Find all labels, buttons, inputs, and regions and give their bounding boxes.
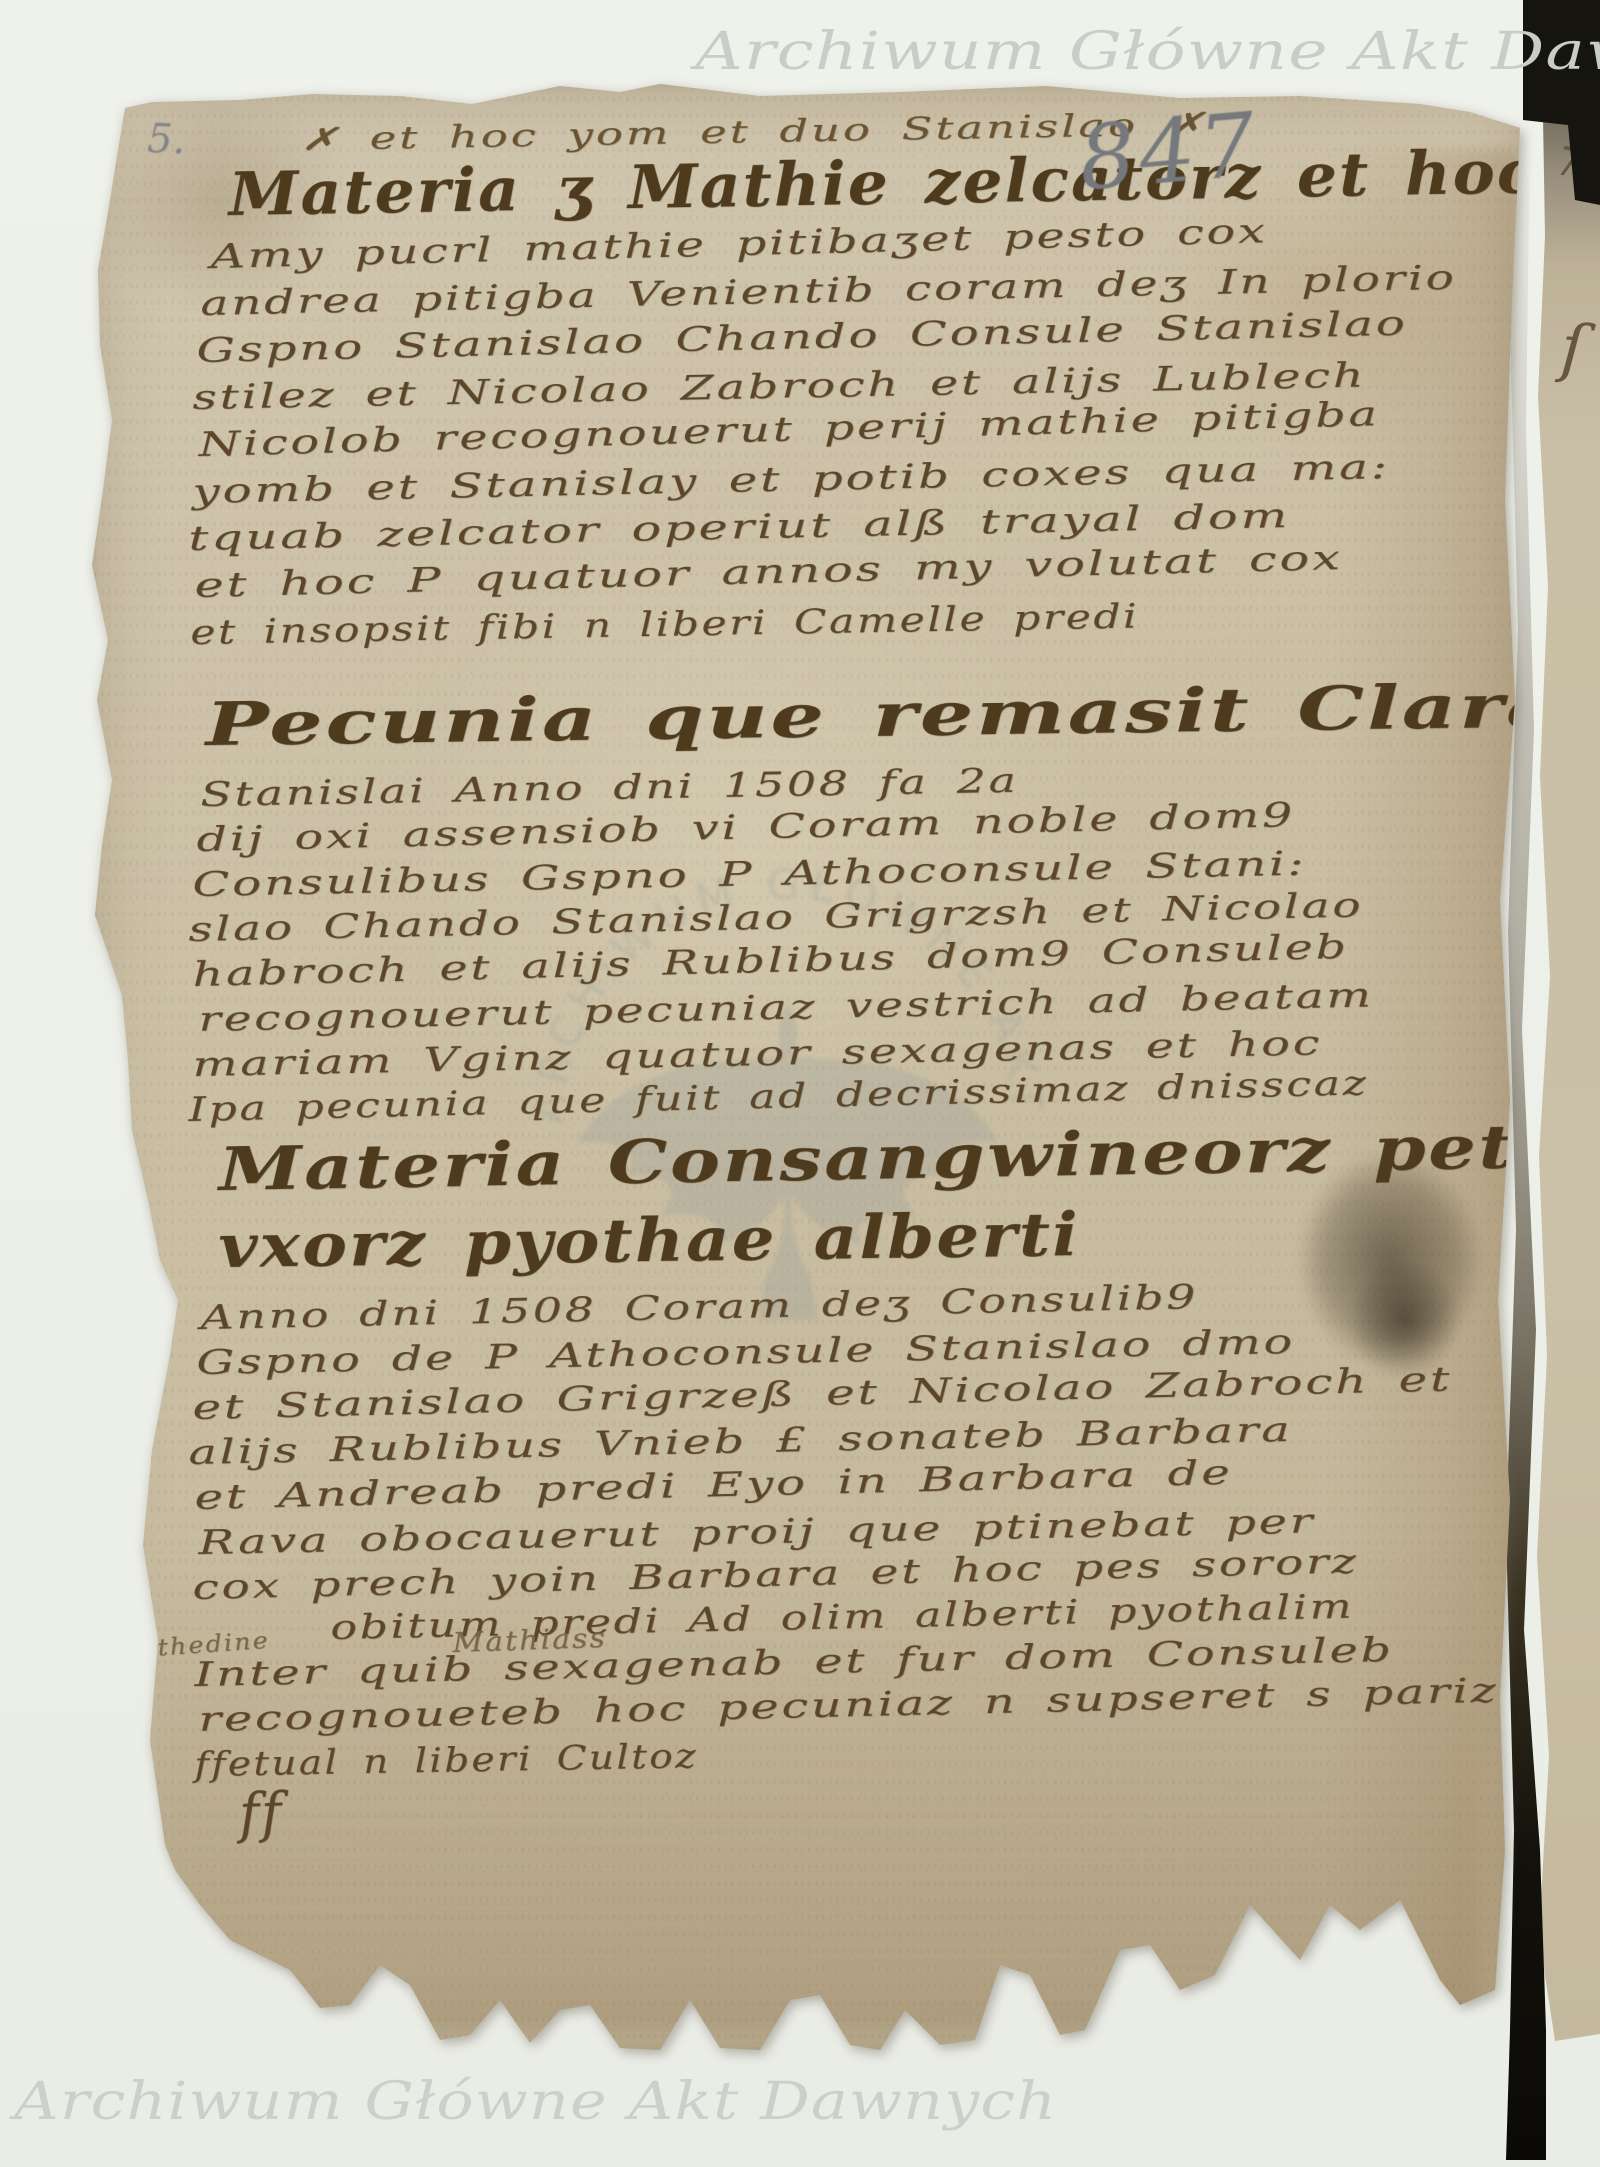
section-2-heading: Pecunia que remasit Clara [205,671,1564,760]
archive-watermark-bottom: Archiwum Główne Akt Dawnych [14,2072,1057,2132]
manuscript-page: ARCHIWUM GŁÓWNE AKT DAWNYCH ✗ et hoc yom… [88,84,1528,2052]
scan-background: Archiwum Główne Akt Dawnych ⁊ ſ [0,0,1600,2167]
manuscript-page-wrap: ARCHIWUM GŁÓWNE AKT DAWNYCH ✗ et hoc yom… [88,84,1528,2052]
flourish-mark: ff [238,1780,284,1844]
section-3-heading-line-1: Materia Consangwineorz petri [218,1111,1589,1205]
archive-watermark-top: Archiwum Główne Akt Dawnych [695,22,1600,82]
section-3-heading-line-2: vxorz pyothae alberti [218,1200,1080,1282]
manuscript-line: et insopsit fibi n liberi Camelle predi [190,596,1139,653]
page-number-pencil: 847 [1075,92,1263,210]
adjacent-page-ink-fragment: ſ [1558,311,1587,386]
folio-number-pencil: 5. [146,116,186,163]
manuscript-line: ffetual n liberi Cultoz [194,1736,698,1785]
adjacent-page-edge: ⁊ ſ [1535,116,1600,2041]
